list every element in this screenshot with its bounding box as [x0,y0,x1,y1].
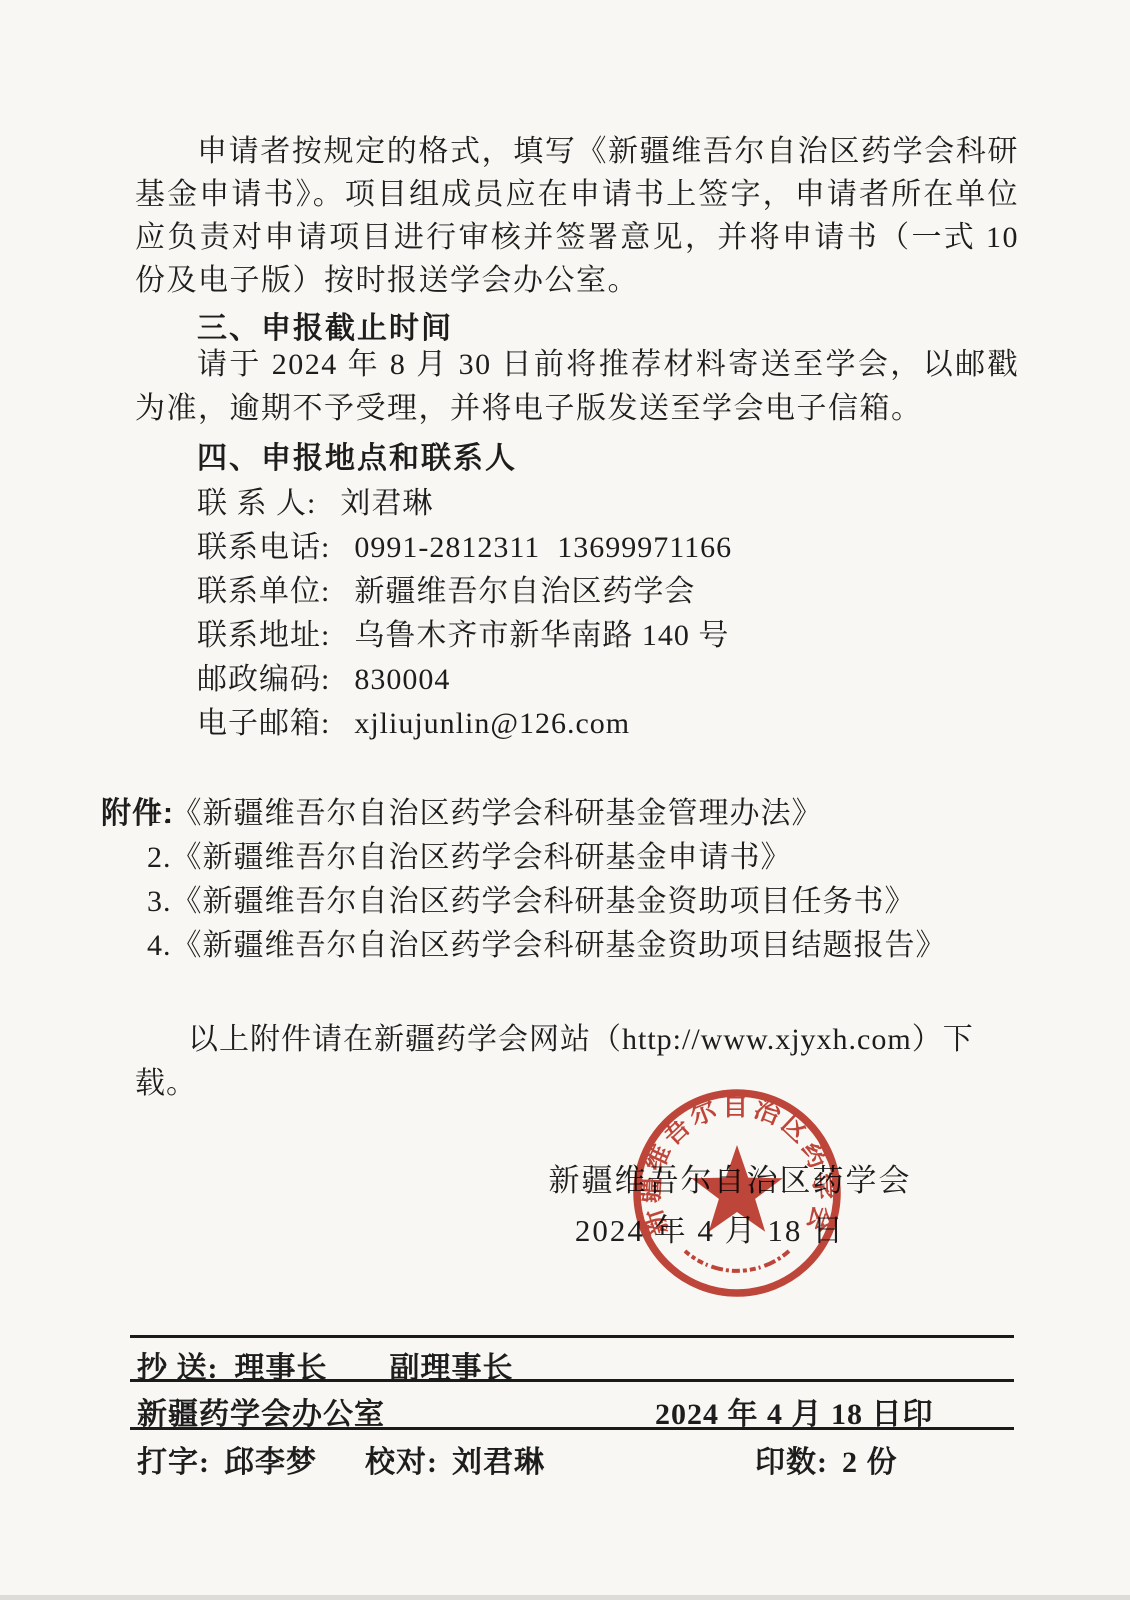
typist-row: 打字:邱李梦校对:刘君琳 印数:2 份 [137,1437,1014,1481]
scan-bottom-edge [0,1595,1130,1600]
contact-org-row: 联系单位:新疆维吾尔自治区药学会 [197,570,732,614]
contact-block: 联 系 人:刘君琳 联系电话:0991-2812311 13699971166 … [135,482,732,746]
proofreader-name: 刘君琳 [452,1446,545,1479]
contact-postcode-label: 邮政编码: [197,663,330,696]
deadline-paragraph: 请于 2024 年 8 月 30 日前将推荐材料寄送至学会，以邮戳为准，逾期不予… [135,343,1019,431]
contact-email-row: 电子邮箱:xjliujunlin@126.com [197,702,732,746]
contact-email-label: 电子邮箱: [197,707,330,740]
contact-postcode-value: 830004 [354,663,450,696]
proofreader-label: 校对: [365,1446,438,1479]
official-seal-stamp: 新疆维吾尔自治区药学会 [624,1080,850,1306]
attachments-block: 附件: 1.《新疆维吾尔自治区药学会科研基金管理办法》 2.《新疆维吾尔自治区药… [101,792,947,968]
copies-label: 印数: [755,1446,828,1479]
contact-phone-value: 0991-2812311 13699971166 [354,531,732,564]
footer-rule-top [130,1335,1014,1338]
star-icon [691,1145,782,1232]
contact-person-value: 刘君琳 [340,487,433,520]
attachments-list: 1.《新疆维吾尔自治区药学会科研基金管理办法》 2.《新疆维吾尔自治区药学会科研… [147,792,947,968]
scanned-document-page: 申请者按规定的格式，填写《新疆维吾尔自治区药学会科研基金申请书》。项目组成员应在… [0,0,1130,1600]
attachment-item: 3.《新疆维吾尔自治区药学会科研基金资助项目任务书》 [147,880,947,924]
attachment-item: 4.《新疆维吾尔自治区药学会科研基金资助项目结题报告》 [147,924,947,968]
contact-address-value: 乌鲁木齐市新华南路 140 号 [354,619,729,652]
contact-postcode-row: 邮政编码:830004 [197,658,732,702]
copies-count: 印数:2 份 [755,1437,898,1481]
section-3-heading: 三、申报截止时间 [135,303,453,347]
contact-person-row: 联 系 人:刘君琳 [197,482,732,526]
typist-label: 打字: [137,1446,210,1479]
footer-rule-middle [130,1379,1014,1382]
typist-name: 邱李梦 [224,1446,317,1479]
contact-org-label: 联系单位: [197,575,330,608]
contact-email-value: xjliujunlin@126.com [354,707,630,740]
attachment-item: 2.《新疆维吾尔自治区药学会科研基金申请书》 [147,836,947,880]
uyghur-script-arc [685,1251,789,1271]
contact-phone-label: 联系电话: [197,531,330,564]
copies-value: 2 份 [842,1446,898,1479]
application-format-paragraph: 申请者按规定的格式，填写《新疆维吾尔自治区药学会科研基金申请书》。项目组成员应在… [135,130,1019,302]
download-note: 以上附件请在新疆药学会网站（http://www.xjyxh.com）下载。 [135,1014,1035,1102]
footer-rule-bottom [130,1427,1014,1430]
contact-phone-row: 联系电话:0991-2812311 13699971166 [197,526,732,570]
contact-org-value: 新疆维吾尔自治区药学会 [354,575,695,608]
attachment-item: 1.《新疆维吾尔自治区药学会科研基金管理办法》 [147,792,947,836]
contact-address-label: 联系地址: [197,619,330,652]
contact-person-label: 联 系 人: [197,487,316,520]
section-4-heading: 四、申报地点和联系人 [135,433,517,477]
attachments-label: 附件: [101,792,174,836]
contact-address-row: 联系地址:乌鲁木齐市新华南路 140 号 [197,614,732,658]
